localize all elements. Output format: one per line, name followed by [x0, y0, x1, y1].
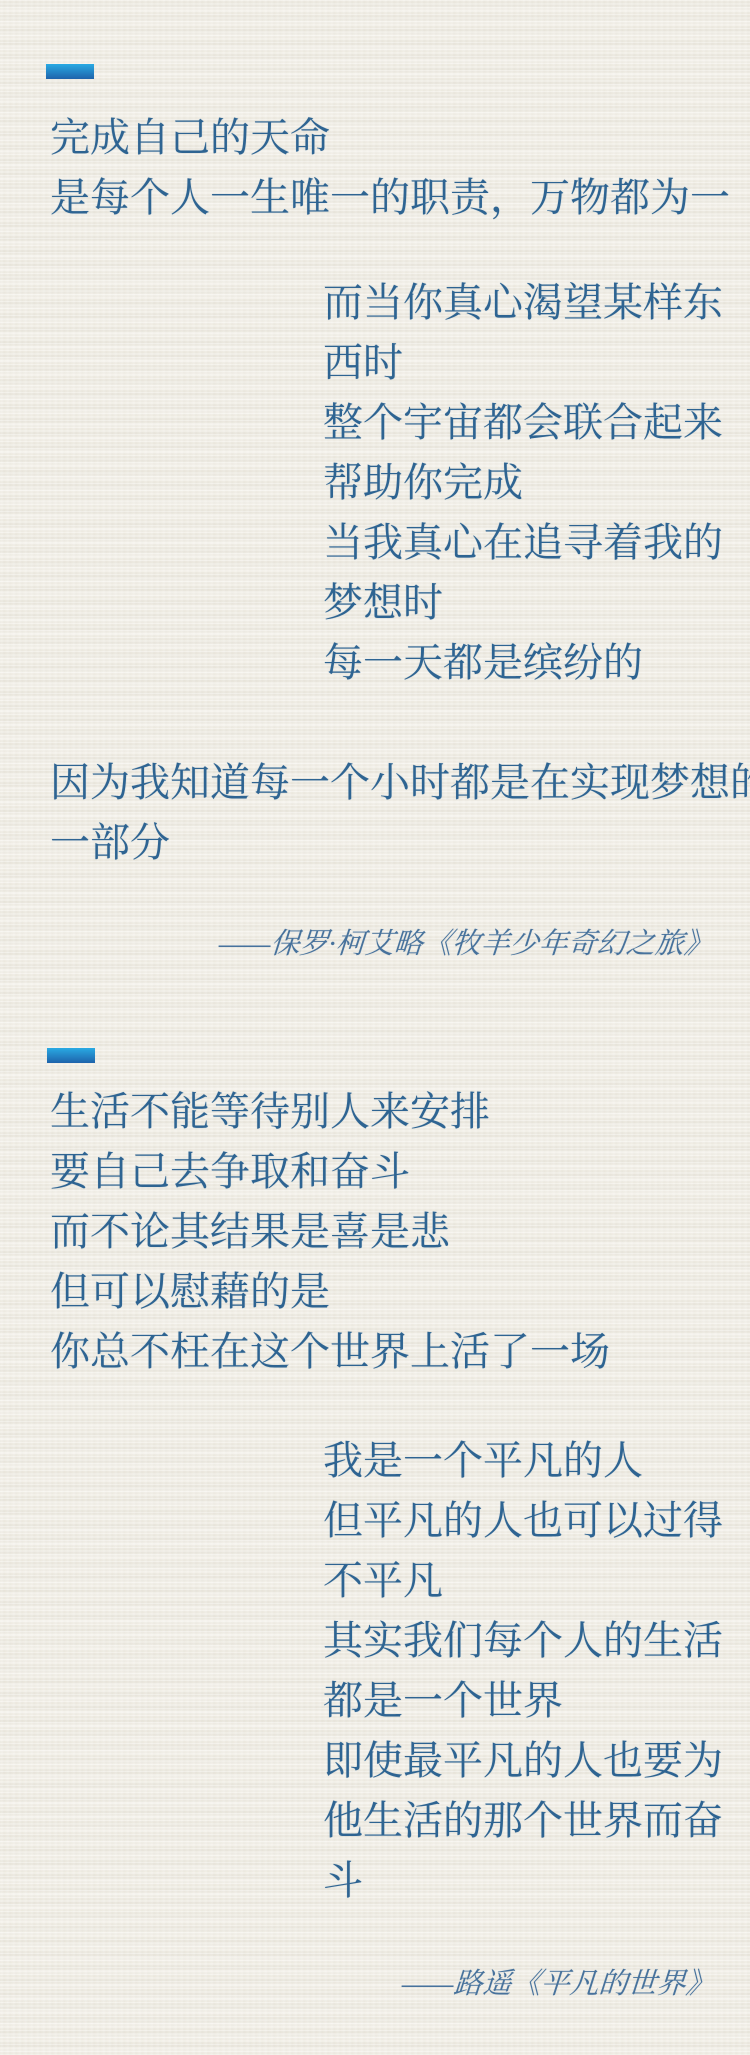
- quote-line: 要自己去争取和奋斗: [50, 1142, 610, 1202]
- quote-line: 是每个人一生唯一的职责，万物都为一: [50, 168, 730, 228]
- quote-line: 但平凡的人也可以过得: [323, 1491, 723, 1551]
- quote-line: 每一天都是缤纷的: [323, 633, 723, 693]
- accent-bar-section2: [47, 1048, 95, 1063]
- quote-line: 生活不能等待别人来安排: [50, 1082, 610, 1142]
- quote-line: 帮助你完成: [323, 453, 723, 513]
- quote-line: 他生活的那个世界而奋: [323, 1791, 723, 1851]
- quote1-attribution: ——保罗·柯艾略《牧羊少年奇幻之旅》: [218, 922, 715, 966]
- quote-line: 西时: [323, 333, 723, 393]
- quote2-indented: 我是一个平凡的人 但平凡的人也可以过得 不平凡 其实我们每个人的生活 都是一个世…: [323, 1431, 723, 1911]
- quote-line: 因为我知道每一个小时都是在实现梦想的: [50, 753, 750, 813]
- quote2-attribution: ——路遥《平凡的世界》: [401, 1962, 717, 2006]
- quote-line: 但可以慰藉的是: [50, 1262, 610, 1322]
- quote1-indented: 而当你真心渴望某样东 西时 整个宇宙都会联合起来 帮助你完成 当我真心在追寻着我…: [323, 273, 723, 693]
- quote-line: 你总不枉在这个世界上活了一场: [50, 1322, 610, 1382]
- quote-line: 其实我们每个人的生活: [323, 1611, 723, 1671]
- quote-line: 不平凡: [323, 1551, 723, 1611]
- quote-line: 整个宇宙都会联合起来: [323, 393, 723, 453]
- quote-line: 都是一个世界: [323, 1671, 723, 1731]
- quote1-intro: 完成自己的天命 是每个人一生唯一的职责，万物都为一: [50, 108, 730, 228]
- quote-line: 当我真心在追寻着我的: [323, 513, 723, 573]
- quote1-closing: 因为我知道每一个小时都是在实现梦想的 一部分: [50, 753, 750, 873]
- quote-line: 即使最平凡的人也要为: [323, 1731, 723, 1791]
- quote2-intro: 生活不能等待别人来安排 要自己去争取和奋斗 而不论其结果是喜是悲 但可以慰藉的是…: [50, 1082, 610, 1382]
- quote-line: 完成自己的天命: [50, 108, 730, 168]
- quote-line: 而当你真心渴望某样东: [323, 273, 723, 333]
- accent-bar-section1: [46, 64, 94, 79]
- quote-line: 而不论其结果是喜是悲: [50, 1202, 610, 1262]
- quote-line: 梦想时: [323, 573, 723, 633]
- quote-line: 一部分: [50, 813, 750, 873]
- page: { "page": { "background_color": "#f1eee5…: [0, 0, 750, 2055]
- quote-line: 斗: [323, 1851, 723, 1911]
- quote-line: 我是一个平凡的人: [323, 1431, 723, 1491]
